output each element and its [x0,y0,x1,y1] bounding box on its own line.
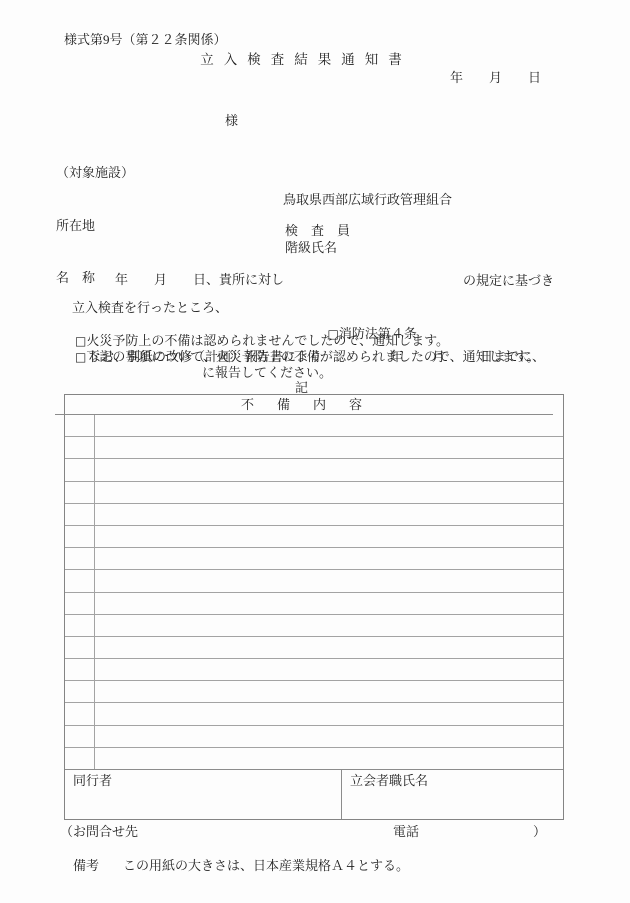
row-content-cell [95,504,563,525]
remarks-label: 備考 [73,858,99,873]
inspector-label: 検 査 員 [285,222,350,239]
row-number-cell [65,615,95,636]
row-content-cell [95,703,563,724]
companion-cell: 同行者 [65,770,342,819]
row-content-cell [95,570,563,591]
checkbox-icon: □ [75,350,86,364]
table-row [65,547,563,569]
row-content-cell [95,415,563,436]
row-number-cell [65,570,95,591]
inspection-result-notice-document: 様式第9号（第２２条関係） 立入検査結果通知書 年 月 日 様 （対象施設） 所… [0,0,630,903]
row-content-cell [95,637,563,658]
row-number-cell [65,459,95,480]
row-number-cell [65,548,95,569]
row-number-cell [65,703,95,724]
target-facility-block: （対象施設） 所在地 名 称 [56,129,134,322]
document-title: 立入検査結果通知書 [0,51,612,68]
deficiency-table-footer: 同行者 立会者職氏名 [65,769,563,819]
table-row [65,436,563,458]
row-number-cell [65,659,95,680]
table-row [65,592,563,614]
row-number-cell [65,504,95,525]
issue-date-line: 年 月 日 [450,69,541,86]
row-number-cell [65,726,95,747]
contact-open-label: （お問合せ先 [60,823,138,840]
table-row [65,569,563,591]
table-row [65,747,563,769]
remarks-text: この用紙の大きさは、日本産業規格Ａ４とする。 [123,858,409,873]
table-row [65,503,563,525]
row-content-cell [95,482,563,503]
legal-basis-date-clause: 年 月 日、貴所に対し [115,271,284,288]
witness-name-cell: 立会者職氏名 [342,770,563,819]
row-content-cell [95,437,563,458]
row-number-cell [65,681,95,702]
row-content-cell [95,459,563,480]
row-number-cell [65,637,95,658]
issuer-organization: 鳥取県西部広域行政管理組合 [283,191,452,208]
table-row [65,636,563,658]
table-row [65,658,563,680]
row-content-cell [95,593,563,614]
table-row [65,725,563,747]
rank-name-label: 階級氏名 [285,239,337,256]
form-number: 様式第9号（第２２条関係） [64,31,227,48]
report-clause-prefix: なお、別紙の改修（計画）報告書により [88,348,322,365]
row-content-cell [95,659,563,680]
row-content-cell [95,681,563,702]
facility-section-label: （対象施設） [56,164,134,182]
facility-address-label: 所在地 [56,217,134,235]
body-intro-line: 立入検査を行ったところ、 [72,299,228,316]
table-row [65,702,563,724]
phone-label: 電話 [393,823,419,840]
row-number-cell [65,593,95,614]
report-due-day-clause: 日までに、 [480,348,545,365]
row-number-cell [65,437,95,458]
row-number-cell [65,482,95,503]
row-content-cell [95,526,563,547]
table-row [65,415,563,436]
row-number-cell [65,526,95,547]
table-row [65,458,563,480]
row-number-cell [65,748,95,769]
deficiency-table: 不 備 内 容 同行者 立会者職氏名 [64,394,564,820]
report-due-year-label: 年 [390,348,403,365]
report-due-month-label: 月 [432,348,445,365]
row-content-cell [95,726,563,747]
row-content-cell [95,548,563,569]
row-content-cell [95,615,563,636]
row-number-cell [65,415,95,436]
contact-close-paren: ） [533,823,546,840]
table-row [65,680,563,702]
row-content-cell [95,748,563,769]
table-row [65,481,563,503]
legal-basis-suffix: の規定に基づき [463,272,554,289]
report-clause-suffix: に報告してください。 [202,364,332,381]
deficiency-table-rows [65,415,563,769]
deficiency-table-header: 不 備 内 容 [55,395,553,415]
table-row [65,614,563,636]
remarks-line: 備考この用紙の大きさは、日本産業規格Ａ４とする。 [60,840,409,891]
table-row [65,525,563,547]
addressee-honorific: 様 [225,112,238,129]
